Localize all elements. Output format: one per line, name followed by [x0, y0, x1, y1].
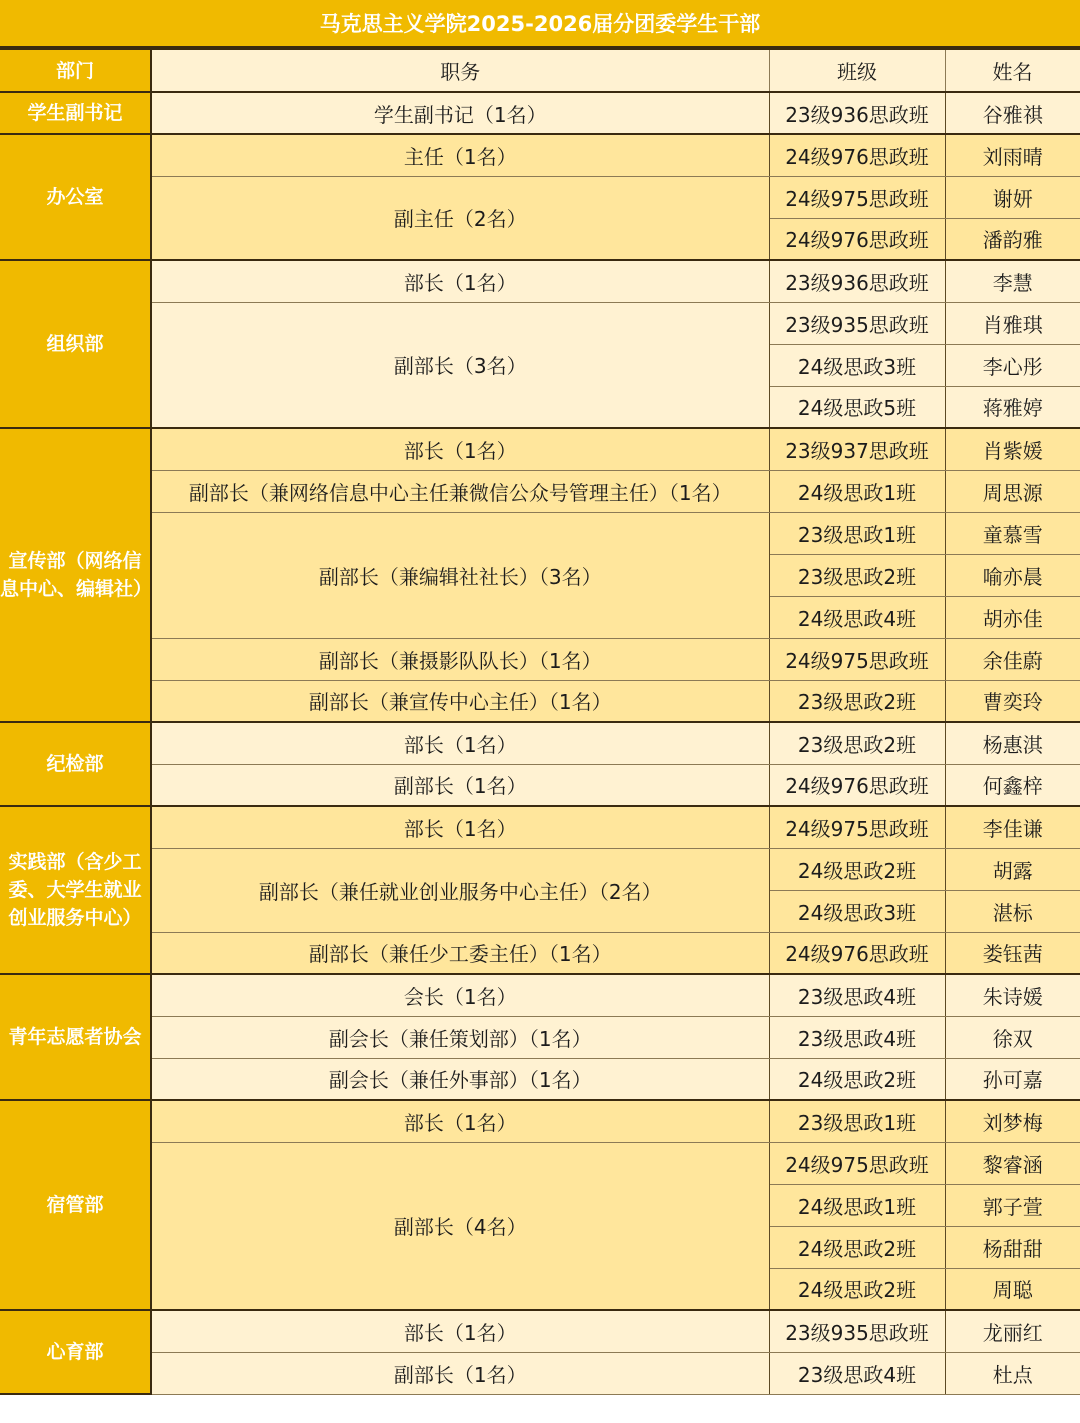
name-cell: 曹奕玲 — [945, 680, 1080, 722]
table-row: 纪检部部长（1名）23级思政2班杨惠淇 — [0, 722, 1080, 764]
position-cell: 副部长（兼宣传中心主任）（1名） — [151, 680, 769, 722]
position-cell: 副会长（兼任策划部）（1名） — [151, 1016, 769, 1058]
class-cell: 23级思政1班 — [769, 512, 945, 554]
position-cell: 副会长（兼任外事部）（1名） — [151, 1058, 769, 1100]
class-cell: 23级思政2班 — [769, 722, 945, 764]
department-cell: 宣传部（网络信息中心、编辑社） — [0, 428, 151, 722]
name-cell: 童慕雪 — [945, 512, 1080, 554]
position-cell: 副部长（兼编辑社社长）（3名） — [151, 512, 769, 638]
name-cell: 李佳谦 — [945, 806, 1080, 848]
header-name: 姓名 — [945, 49, 1080, 92]
name-cell: 刘雨晴 — [945, 134, 1080, 176]
table-row: 副部长（1名）24级976思政班何鑫梓 — [0, 764, 1080, 806]
class-cell: 24级思政4班 — [769, 596, 945, 638]
position-cell: 部长（1名） — [151, 260, 769, 302]
department-cell: 纪检部 — [0, 722, 151, 806]
position-cell: 部长（1名） — [151, 1310, 769, 1352]
name-cell: 蒋雅婷 — [945, 386, 1080, 428]
class-cell: 23级思政2班 — [769, 554, 945, 596]
department-cell: 心育部 — [0, 1310, 151, 1394]
table-row: 副主任（2名）24级975思政班谢妍 — [0, 176, 1080, 218]
table-row: 宿管部部长（1名）23级思政1班刘梦梅 — [0, 1100, 1080, 1142]
table-row: 副部长（兼任就业创业服务中心主任）（2名）24级思政2班胡露 — [0, 848, 1080, 890]
name-cell: 龙丽红 — [945, 1310, 1080, 1352]
table-row: 副部长（1名）23级思政4班杜点 — [0, 1352, 1080, 1394]
table-row: 副会长（兼任外事部）（1名）24级思政2班孙可嘉 — [0, 1058, 1080, 1100]
class-cell: 24级976思政班 — [769, 134, 945, 176]
class-cell: 24级思政1班 — [769, 470, 945, 512]
department-cell: 实践部（含少工委、大学生就业创业服务中心） — [0, 806, 151, 974]
name-cell: 徐双 — [945, 1016, 1080, 1058]
table-row: 副部长（3名）23级935思政班肖雅琪 — [0, 302, 1080, 344]
name-cell: 谷雅祺 — [945, 92, 1080, 134]
name-cell: 周思源 — [945, 470, 1080, 512]
table-row: 办公室主任（1名）24级976思政班刘雨晴 — [0, 134, 1080, 176]
position-cell: 副部长（3名） — [151, 302, 769, 428]
class-cell: 24级思政1班 — [769, 1184, 945, 1226]
table-row: 副部长（兼编辑社社长）（3名）23级思政1班童慕雪 — [0, 512, 1080, 554]
position-cell: 会长（1名） — [151, 974, 769, 1016]
class-cell: 24级思政3班 — [769, 344, 945, 386]
department-cell: 办公室 — [0, 134, 151, 260]
position-cell: 部长（1名） — [151, 722, 769, 764]
name-cell: 孙可嘉 — [945, 1058, 1080, 1100]
table-row: 学生副书记学生副书记（1名）23级936思政班谷雅祺 — [0, 92, 1080, 134]
header-class: 班级 — [769, 49, 945, 92]
class-cell: 24级975思政班 — [769, 176, 945, 218]
department-cell: 青年志愿者协会 — [0, 974, 151, 1100]
class-cell: 23级思政1班 — [769, 1100, 945, 1142]
name-cell: 谢妍 — [945, 176, 1080, 218]
position-cell: 副部长（1名） — [151, 1352, 769, 1394]
name-cell: 肖雅琪 — [945, 302, 1080, 344]
position-cell: 部长（1名） — [151, 806, 769, 848]
position-cell: 副部长（兼任少工委主任）（1名） — [151, 932, 769, 974]
position-cell: 副部长（兼任就业创业服务中心主任）（2名） — [151, 848, 769, 932]
position-cell: 主任（1名） — [151, 134, 769, 176]
class-cell: 24级976思政班 — [769, 218, 945, 260]
name-cell: 胡亦佳 — [945, 596, 1080, 638]
department-cell: 宿管部 — [0, 1100, 151, 1310]
name-cell: 黎睿涵 — [945, 1142, 1080, 1184]
name-cell: 喻亦晨 — [945, 554, 1080, 596]
position-cell: 副部长（1名） — [151, 764, 769, 806]
table-row: 副部长（兼网络信息中心主任兼微信公众号管理主任）（1名）24级思政1班周思源 — [0, 470, 1080, 512]
header-department: 部门 — [0, 49, 151, 92]
table-row: 副部长（4名）24级975思政班黎睿涵 — [0, 1142, 1080, 1184]
class-cell: 23级思政4班 — [769, 1352, 945, 1394]
class-cell: 24级975思政班 — [769, 1142, 945, 1184]
class-cell: 23级935思政班 — [769, 302, 945, 344]
position-cell: 部长（1名） — [151, 1100, 769, 1142]
class-cell: 24级975思政班 — [769, 638, 945, 680]
class-cell: 23级935思政班 — [769, 1310, 945, 1352]
name-cell: 李心彤 — [945, 344, 1080, 386]
name-cell: 余佳蔚 — [945, 638, 1080, 680]
class-cell: 23级思政4班 — [769, 1016, 945, 1058]
position-cell: 副部长（兼网络信息中心主任兼微信公众号管理主任）（1名） — [151, 470, 769, 512]
class-cell: 24级思政3班 — [769, 890, 945, 932]
table-row: 副会长（兼任策划部）（1名）23级思政4班徐双 — [0, 1016, 1080, 1058]
name-cell: 杨甜甜 — [945, 1226, 1080, 1268]
table-row: 宣传部（网络信息中心、编辑社）部长（1名）23级937思政班肖紫媛 — [0, 428, 1080, 470]
name-cell: 娄钰茜 — [945, 932, 1080, 974]
name-cell: 肖紫媛 — [945, 428, 1080, 470]
class-cell: 23级思政2班 — [769, 680, 945, 722]
table-row: 组织部部长（1名）23级936思政班李慧 — [0, 260, 1080, 302]
name-cell: 杨惠淇 — [945, 722, 1080, 764]
name-cell: 杜点 — [945, 1352, 1080, 1394]
name-cell: 朱诗媛 — [945, 974, 1080, 1016]
class-cell: 23级936思政班 — [769, 92, 945, 134]
cadre-table: 部门 职务 班级 姓名 学生副书记学生副书记（1名）23级936思政班谷雅祺办公… — [0, 48, 1080, 1395]
name-cell: 何鑫梓 — [945, 764, 1080, 806]
class-cell: 24级975思政班 — [769, 806, 945, 848]
name-cell: 胡露 — [945, 848, 1080, 890]
class-cell: 23级936思政班 — [769, 260, 945, 302]
name-cell: 李慧 — [945, 260, 1080, 302]
table-row: 副部长（兼任少工委主任）（1名）24级976思政班娄钰茜 — [0, 932, 1080, 974]
position-cell: 副主任（2名） — [151, 176, 769, 260]
class-cell: 24级976思政班 — [769, 764, 945, 806]
department-cell: 组织部 — [0, 260, 151, 428]
position-cell: 部长（1名） — [151, 428, 769, 470]
class-cell: 23级思政4班 — [769, 974, 945, 1016]
table-row: 实践部（含少工委、大学生就业创业服务中心）部长（1名）24级975思政班李佳谦 — [0, 806, 1080, 848]
class-cell: 24级思政2班 — [769, 1058, 945, 1100]
class-cell: 24级思政2班 — [769, 848, 945, 890]
table-row: 心育部部长（1名）23级935思政班龙丽红 — [0, 1310, 1080, 1352]
table-title: 马克思主义学院2025-2026届分团委学生干部 — [0, 0, 1080, 48]
class-cell: 24级思政5班 — [769, 386, 945, 428]
table-row: 副部长（兼宣传中心主任）（1名）23级思政2班曹奕玲 — [0, 680, 1080, 722]
table-row: 副部长（兼摄影队队长）（1名）24级975思政班余佳蔚 — [0, 638, 1080, 680]
class-cell: 24级思政2班 — [769, 1268, 945, 1310]
class-cell: 24级思政2班 — [769, 1226, 945, 1268]
department-cell: 学生副书记 — [0, 92, 151, 134]
header-position: 职务 — [151, 49, 769, 92]
class-cell: 24级976思政班 — [769, 932, 945, 974]
name-cell: 潘韵雅 — [945, 218, 1080, 260]
header-row: 部门 职务 班级 姓名 — [0, 49, 1080, 92]
position-cell: 学生副书记（1名） — [151, 92, 769, 134]
name-cell: 郭子萱 — [945, 1184, 1080, 1226]
class-cell: 23级937思政班 — [769, 428, 945, 470]
name-cell: 周聪 — [945, 1268, 1080, 1310]
name-cell: 刘梦梅 — [945, 1100, 1080, 1142]
position-cell: 副部长（兼摄影队队长）（1名） — [151, 638, 769, 680]
position-cell: 副部长（4名） — [151, 1142, 769, 1310]
table-row: 青年志愿者协会会长（1名）23级思政4班朱诗媛 — [0, 974, 1080, 1016]
table-body: 学生副书记学生副书记（1名）23级936思政班谷雅祺办公室主任（1名）24级97… — [0, 92, 1080, 1394]
name-cell: 湛标 — [945, 890, 1080, 932]
